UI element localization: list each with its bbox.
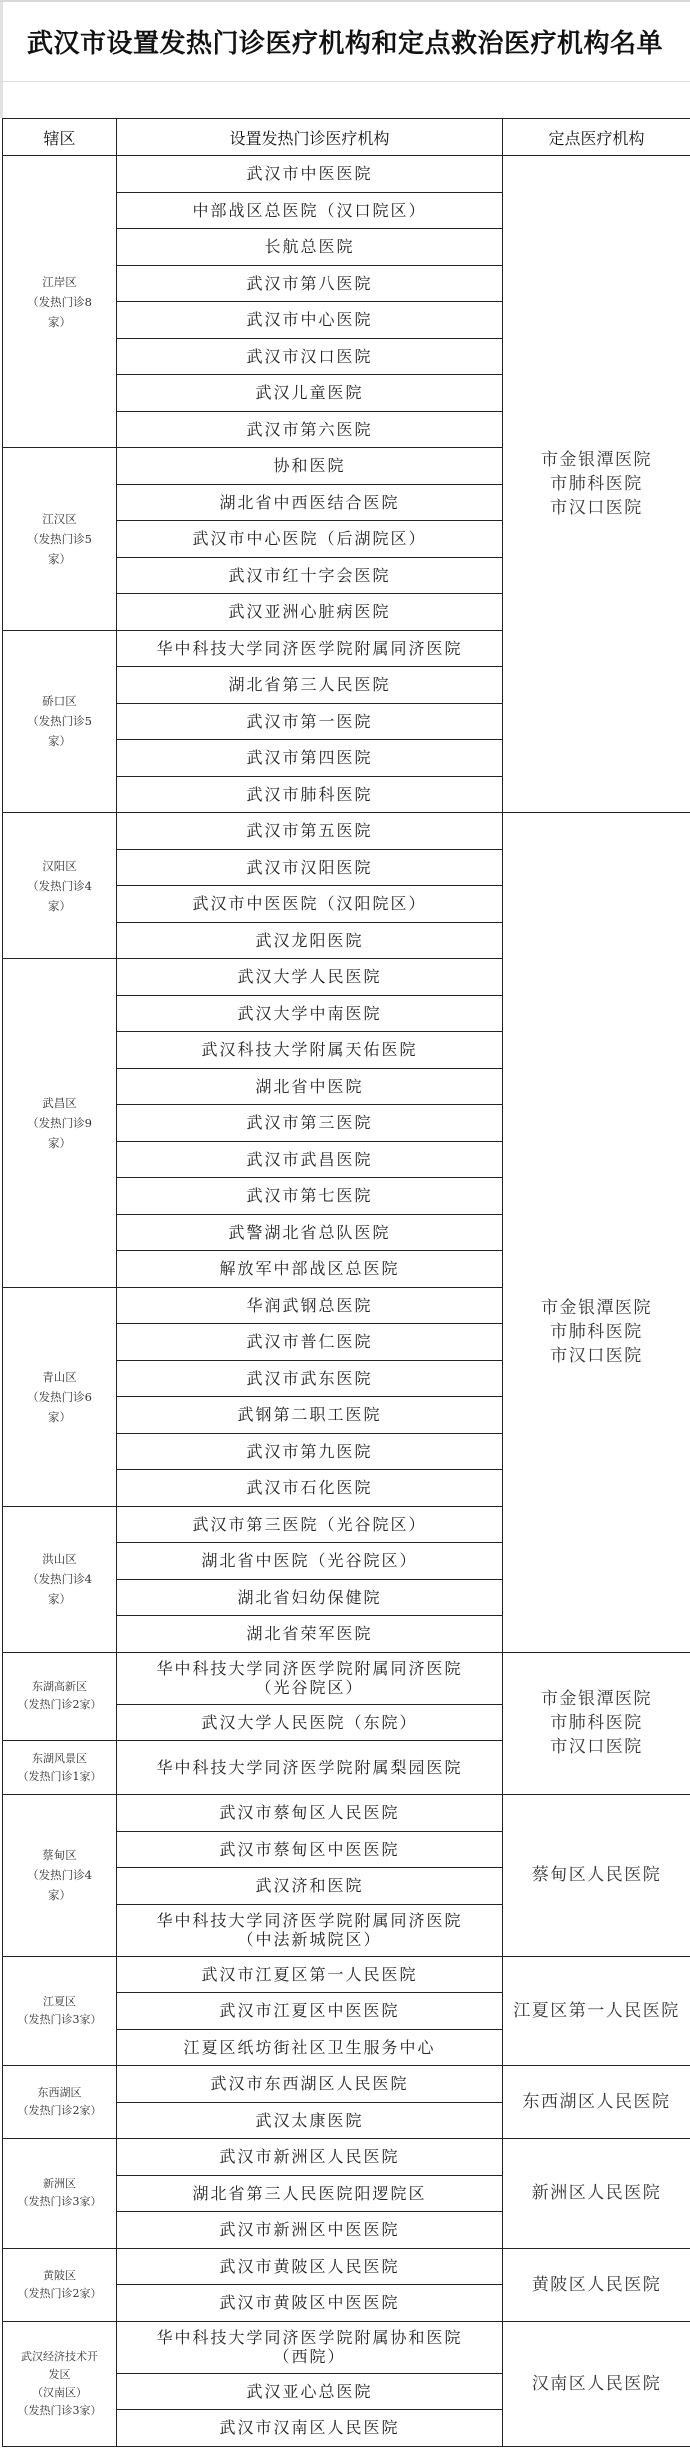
- hospital-cell: 湖北省中医院: [117, 1068, 503, 1105]
- hospital-cell: 武汉市汉阳医院: [117, 849, 503, 886]
- hospital-cell: 武汉太康医院: [117, 2102, 503, 2139]
- hospital-cell: 武汉市石化医院: [117, 1470, 503, 1507]
- hospital-cell: 湖北省中西医结合医院: [117, 484, 503, 521]
- district-cell: 黄陂区（发热门诊2家）: [3, 2248, 117, 2321]
- hospital-cell: 武汉亚洲心脏病医院: [117, 594, 503, 631]
- hospital-cell: 武汉市第一医院: [117, 703, 503, 740]
- district-cell: 武昌区（发热门诊9家）: [3, 959, 117, 1288]
- hospital-cell: 武汉市普仁医院: [117, 1324, 503, 1361]
- hospital-cell: 武汉市武昌医院: [117, 1141, 503, 1178]
- hospital-cell: 武汉市红十字会医院: [117, 557, 503, 594]
- table-row: 蔡甸区（发热门诊4家） 武汉市蔡甸区人民医院 蔡甸区人民医院: [3, 1795, 690, 1832]
- hospital-cell: 武汉市汉南区人民医院: [117, 2410, 503, 2447]
- hospital-cell: 武汉市东西湖区人民医院: [117, 2066, 503, 2103]
- district-cell: 青山区（发热门诊6家）: [3, 1287, 117, 1506]
- designated-cell: 市金银潭医院市肺科医院市汉口医院: [503, 1652, 690, 1795]
- hospital-cell: 湖北省中医院（光谷院区）: [117, 1543, 503, 1580]
- hospital-cell: 华中科技大学同济医学院附属同济医院: [117, 630, 503, 667]
- hospital-cell: 武汉大学中南医院: [117, 995, 503, 1032]
- district-cell: 汉阳区（发热门诊4家）: [3, 813, 117, 959]
- hospital-cell: 武汉市第三医院: [117, 1105, 503, 1142]
- hospital-cell: 武汉市黄陂区中医医院: [117, 2285, 503, 2322]
- hospital-cell: 武汉龙阳医院: [117, 922, 503, 959]
- hospital-cell: 武汉市新洲区中医医院: [117, 2212, 503, 2249]
- hospital-cell: 解放军中部战区总医院: [117, 1251, 503, 1288]
- hospital-cell: 华中科技大学同济医学院附属协和医院（西院）: [117, 2321, 503, 2373]
- designated-cell: 市金银潭医院市肺科医院市汉口医院: [503, 813, 690, 1653]
- hospital-cell: 武汉市新洲区人民医院: [117, 2139, 503, 2176]
- table-row: 新洲区（发热门诊3家） 武汉市新洲区人民医院 新洲区人民医院: [3, 2139, 690, 2176]
- designated-cell: 汉南区人民医院: [503, 2321, 690, 2446]
- table-row: 汉阳区（发热门诊4家） 武汉市第五医院 市金银潭医院市肺科医院市汉口医院: [3, 813, 690, 850]
- page-title: 武汉市设置发热门诊医疗机构和定点救治医疗机构名单: [27, 23, 663, 60]
- hospital-cell: 武汉市江夏区中医医院: [117, 1993, 503, 2030]
- hospital-cell: 华润武钢总医院: [117, 1287, 503, 1324]
- table-row: 武汉经济技术开发区（汉南区）（发热门诊3家） 华中科技大学同济医学院附属协和医院…: [3, 2321, 690, 2373]
- hospital-cell: 湖北省第三人民医院: [117, 667, 503, 704]
- table-row: 东西湖区（发热门诊2家） 武汉市东西湖区人民医院 东西湖区人民医院: [3, 2066, 690, 2103]
- hospital-cell: 武汉亚心总医院: [117, 2373, 503, 2410]
- hospital-cell: 湖北省第三人民医院阳逻院区: [117, 2175, 503, 2212]
- district-cell: 新洲区（发热门诊3家）: [3, 2139, 117, 2249]
- hospital-cell: 武钢第二职工医院: [117, 1397, 503, 1434]
- hospital-cell: 武汉市蔡甸区中医医院: [117, 1831, 503, 1868]
- hospital-cell: 湖北省荣军医院: [117, 1616, 503, 1653]
- hospital-cell: 武汉市黄陂区人民医院: [117, 2248, 503, 2285]
- hospital-cell: 武汉市肺科医院: [117, 776, 503, 813]
- header-row: 辖区 设置发热门诊医疗机构 定点医疗机构: [3, 119, 690, 156]
- hospital-cell: 武汉市中医医院: [117, 156, 503, 193]
- header-fever-clinics: 设置发热门诊医疗机构: [117, 119, 503, 156]
- hospital-table: 辖区 设置发热门诊医疗机构 定点医疗机构 江岸区（发热门诊8家） 武汉市中医医院…: [2, 118, 690, 2447]
- district-cell: 东西湖区（发热门诊2家）: [3, 2066, 117, 2139]
- designated-cell: 东西湖区人民医院: [503, 2066, 690, 2139]
- hospital-cell: 武汉市第九医院: [117, 1433, 503, 1470]
- district-cell: 洪山区（发热门诊4家）: [3, 1506, 117, 1652]
- hospital-cell: 武汉济和医院: [117, 1868, 503, 1905]
- hospital-cell: 武汉市第八医院: [117, 265, 503, 302]
- header-district: 辖区: [3, 119, 117, 156]
- hospital-cell: 武汉市中医医院（汉阳院区）: [117, 886, 503, 923]
- hospital-cell: 武汉科技大学附属天佑医院: [117, 1032, 503, 1069]
- hospital-cell: 中部战区总医院（汉口院区）: [117, 192, 503, 229]
- hospital-cell: 武汉市武东医院: [117, 1360, 503, 1397]
- designated-cell: 新洲区人民医院: [503, 2139, 690, 2249]
- hospital-cell: 湖北省妇幼保健院: [117, 1579, 503, 1616]
- hospital-cell: 武警湖北省总队医院: [117, 1214, 503, 1251]
- hospital-cell: 江夏区纸坊街社区卫生服务中心: [117, 2029, 503, 2066]
- district-cell: 江汉区（发热门诊5家）: [3, 448, 117, 631]
- hospital-cell: 武汉市第六医院: [117, 411, 503, 448]
- table-row: 东湖高新区（发热门诊2家） 华中科技大学同济医学院附属同济医院（光谷院区） 市金…: [3, 1652, 690, 1704]
- hospital-cell: 武汉市汉口医院: [117, 338, 503, 375]
- district-cell: 江夏区（发热门诊3家）: [3, 1956, 117, 2066]
- table-row: 江夏区（发热门诊3家） 武汉市江夏区第一人民医院 江夏区第一人民医院: [3, 1956, 690, 1993]
- hospital-cell: 武汉市第七医院: [117, 1178, 503, 1215]
- hospital-cell: 武汉市中心医院: [117, 302, 503, 339]
- title-band: 武汉市设置发热门诊医疗机构和定点救治医疗机构名单: [0, 0, 690, 82]
- designated-cell: 江夏区第一人民医院: [503, 1956, 690, 2066]
- designated-cell: 市金银潭医院市肺科医院市汉口医院: [503, 156, 690, 813]
- hospital-cell: 协和医院: [117, 448, 503, 485]
- hospital-cell: 武汉市江夏区第一人民医院: [117, 1956, 503, 1993]
- hospital-cell: 华中科技大学同济医学院附属同济医院（光谷院区）: [117, 1652, 503, 1704]
- hospital-cell: 华中科技大学同济医学院附属梨园医院: [117, 1741, 503, 1795]
- spacer: [0, 82, 690, 118]
- table-row: 江岸区（发热门诊8家） 武汉市中医医院 市金银潭医院市肺科医院市汉口医院: [3, 156, 690, 193]
- hospital-cell: 武汉大学人民医院: [117, 959, 503, 996]
- district-cell: 硚口区（发热门诊5家）: [3, 630, 117, 813]
- district-cell: 蔡甸区（发热门诊4家）: [3, 1795, 117, 1957]
- designated-cell: 蔡甸区人民医院: [503, 1795, 690, 1957]
- hospital-cell: 武汉市第四医院: [117, 740, 503, 777]
- hospital-cell: 武汉市中心医院（后湖院区）: [117, 521, 503, 558]
- hospital-cell: 武汉市第三医院（光谷院区）: [117, 1506, 503, 1543]
- designated-cell: 黄陂区人民医院: [503, 2248, 690, 2321]
- hospital-cell: 长航总医院: [117, 229, 503, 266]
- table-row: 黄陂区（发热门诊2家） 武汉市黄陂区人民医院 黄陂区人民医院: [3, 2248, 690, 2285]
- hospital-cell: 武汉市蔡甸区人民医院: [117, 1795, 503, 1832]
- hospital-cell: 华中科技大学同济医学院附属同济医院（中法新城院区）: [117, 1904, 503, 1956]
- district-cell: 东湖高新区（发热门诊2家）: [3, 1652, 117, 1741]
- hospital-cell: 武汉市第五医院: [117, 813, 503, 850]
- hospital-cell: 武汉大学人民医院（东院）: [117, 1704, 503, 1741]
- hospital-cell: 武汉儿童医院: [117, 375, 503, 412]
- district-cell: 东湖风景区（发热门诊1家）: [3, 1741, 117, 1795]
- district-cell: 武汉经济技术开发区（汉南区）（发热门诊3家）: [3, 2321, 117, 2446]
- district-cell: 江岸区（发热门诊8家）: [3, 156, 117, 448]
- header-designated: 定点医疗机构: [503, 119, 690, 156]
